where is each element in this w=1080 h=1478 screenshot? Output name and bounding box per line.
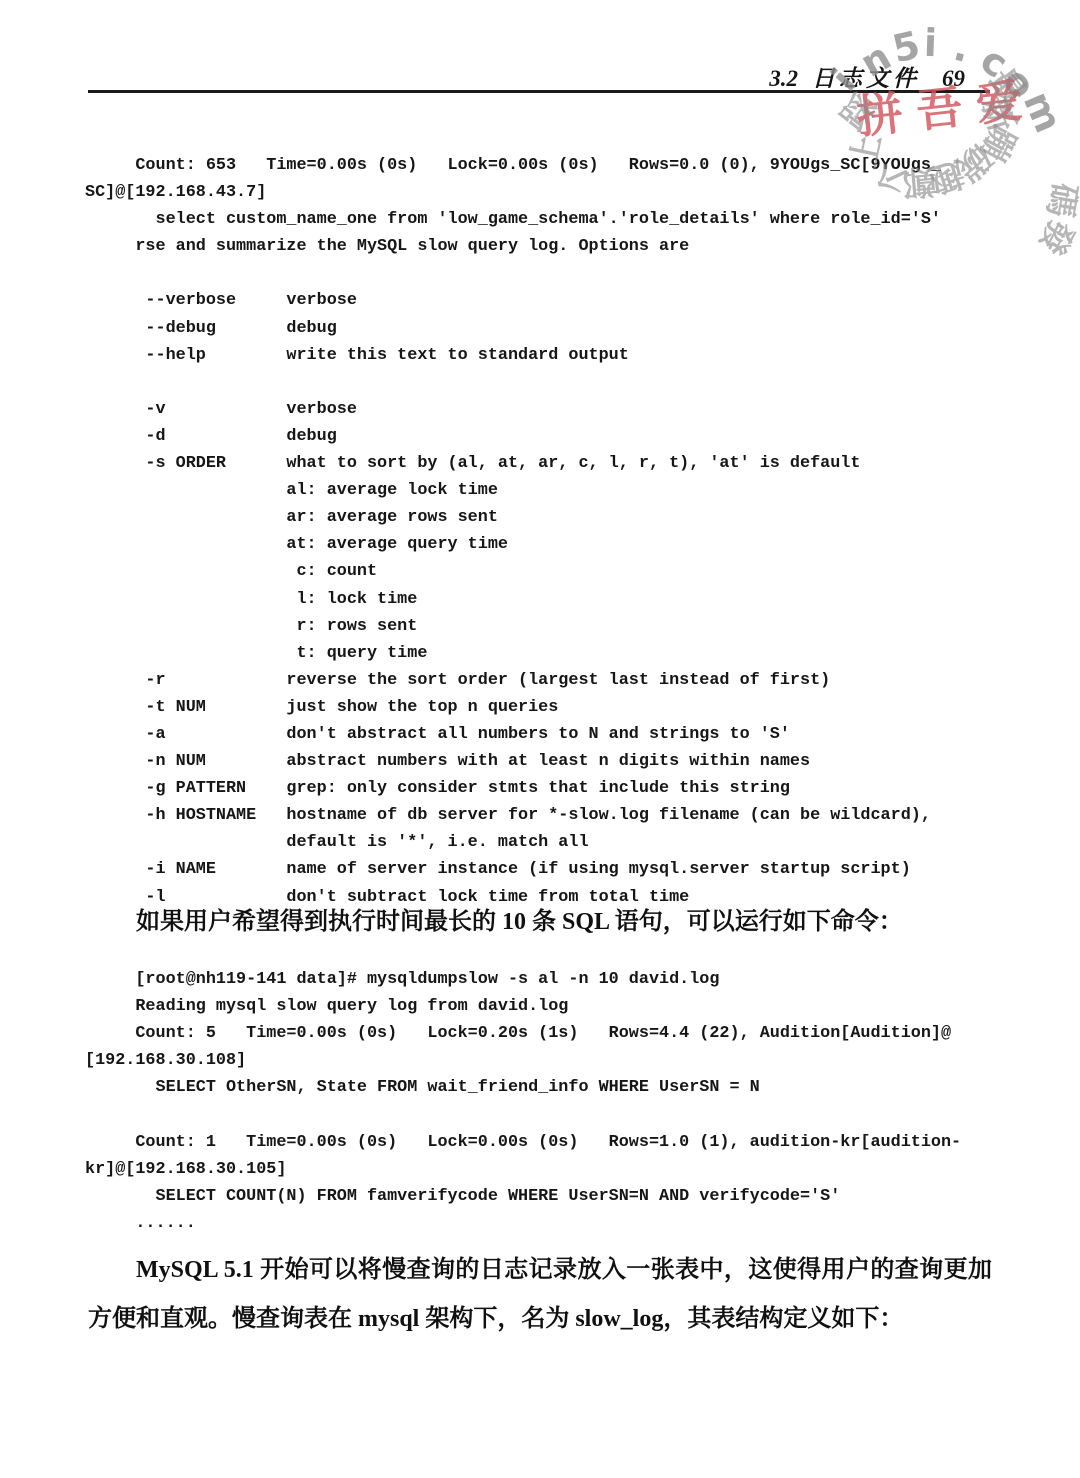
page-number: 69 (942, 66, 965, 91)
watermark-arc-letter: i (923, 21, 938, 65)
code-block-mysqldumpslow-help: Count: 653 Time=0.00s (0s) Lock=0.00s (0… (85, 152, 941, 911)
watermark-ring-char: 發 (1029, 212, 1080, 265)
header-rule (88, 90, 990, 93)
watermark-ring-char: 新 (972, 90, 1029, 137)
watermark-arc-letter: o (994, 59, 1044, 107)
code-block-mysqldumpslow-example: [root@nh119-141 data]# mysqldumpslow -s … (85, 966, 961, 1237)
book-page: 3.2日志文件69 i n 5 i . c o m 拼吾爱 踩 上 个 鄭 趣 … (0, 0, 1080, 1478)
watermark-arc-letter: c (973, 37, 1016, 86)
paragraph-run-command: 如果用户希望得到执行时间最长的 10 条 SQL 语句，可以运行如下命令： (88, 902, 992, 942)
watermark-arc-letter: m (1015, 85, 1071, 139)
running-header: 3.2日志文件69 (769, 60, 965, 93)
section-number: 3.2 (769, 66, 798, 91)
section-title: 日志文件 (812, 66, 920, 91)
watermark-ring-char: 碼 (1038, 180, 1080, 222)
watermark-ring-char: 蹦 (971, 118, 1030, 171)
watermark-ring-char: 最 (980, 56, 1040, 113)
paragraph-slow-log-table: MySQL 5.1 开始可以将慢查询的日志记录放入一张表中，这使得用户的查询更加… (88, 1246, 992, 1344)
watermark-ring-char: 碳 (947, 135, 1005, 194)
